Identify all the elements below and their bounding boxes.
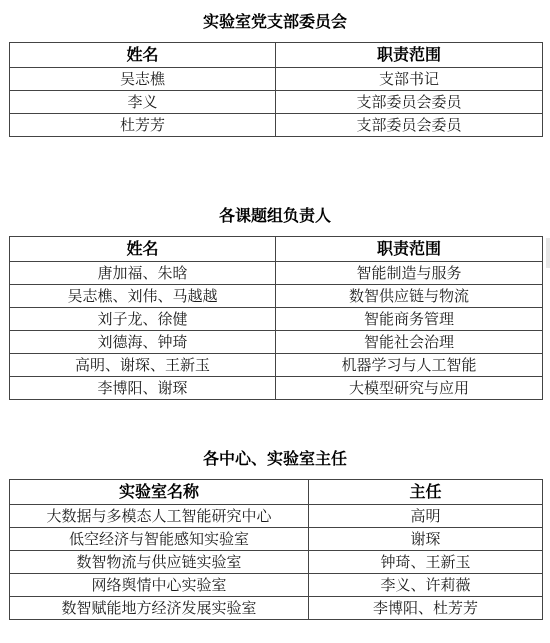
table-row: 吴志樵、刘伟、马越越 数智供应链与物流 — [10, 285, 543, 308]
header-name: 姓名 — [10, 237, 276, 262]
table-row: 唐加福、朱晗 智能制造与服务 — [10, 262, 543, 285]
cell-director: 钟琦、王新玉 — [309, 551, 543, 574]
cell-name: 李博阳、谢琛 — [10, 377, 276, 400]
table-row: 低空经济与智能感知实验室 谢琛 — [10, 528, 543, 551]
table-row: 李义 支部委员会委员 — [10, 91, 543, 114]
lab-directors-table: 实验室名称 主任 大数据与多模态人工智能研究中心 高明 低空经济与智能感知实验室… — [9, 479, 543, 620]
header-lab-name: 实验室名称 — [10, 480, 309, 505]
table-row: 高明、谢琛、王新玉 机器学习与人工智能 — [10, 354, 543, 377]
cell-name: 刘德海、钟琦 — [10, 331, 276, 354]
group-leaders-title: 各课题组负责人 — [0, 206, 550, 226]
party-committee-table: 姓名 职责范围 吴志樵 支部书记 李义 支部委员会委员 杜芳芳 支部委员会委员 — [9, 42, 543, 137]
cell-lab-name: 网络舆情中心实验室 — [10, 574, 309, 597]
cell-duty: 智能制造与服务 — [276, 262, 543, 285]
header-duty: 职责范围 — [276, 237, 543, 262]
cell-director: 李义、许莉薇 — [309, 574, 543, 597]
lab-directors-title: 各中心、实验室主任 — [0, 449, 550, 469]
table-header-row: 姓名 职责范围 — [10, 237, 543, 262]
table-row: 网络舆情中心实验室 李义、许莉薇 — [10, 574, 543, 597]
cell-duty: 大模型研究与应用 — [276, 377, 543, 400]
cell-name: 杜芳芳 — [10, 114, 276, 137]
party-committee-title: 实验室党支部委员会 — [0, 12, 550, 32]
cell-name: 高明、谢琛、王新玉 — [10, 354, 276, 377]
cell-lab-name: 低空经济与智能感知实验室 — [10, 528, 309, 551]
table-row: 李博阳、谢琛 大模型研究与应用 — [10, 377, 543, 400]
table-header-row: 姓名 职责范围 — [10, 43, 543, 68]
table-row: 数智物流与供应链实验室 钟琦、王新玉 — [10, 551, 543, 574]
cell-duty: 数智供应链与物流 — [276, 285, 543, 308]
table-header-row: 实验室名称 主任 — [10, 480, 543, 505]
cell-name: 唐加福、朱晗 — [10, 262, 276, 285]
group-leaders-table: 姓名 职责范围 唐加福、朱晗 智能制造与服务 吴志樵、刘伟、马越越 数智供应链与… — [9, 236, 543, 400]
cell-duty: 智能社会治理 — [276, 331, 543, 354]
cell-director: 李博阳、杜芳芳 — [309, 597, 543, 620]
table-row: 大数据与多模态人工智能研究中心 高明 — [10, 505, 543, 528]
cell-name: 刘子龙、徐健 — [10, 308, 276, 331]
header-duty: 职责范围 — [276, 43, 543, 68]
cell-name: 吴志樵 — [10, 68, 276, 91]
table-row: 刘德海、钟琦 智能社会治理 — [10, 331, 543, 354]
cell-lab-name: 数智赋能地方经济发展实验室 — [10, 597, 309, 620]
table-row: 刘子龙、徐健 智能商务管理 — [10, 308, 543, 331]
scrollbar-fragment — [546, 238, 550, 268]
cell-duty: 智能商务管理 — [276, 308, 543, 331]
table-row: 数智赋能地方经济发展实验室 李博阳、杜芳芳 — [10, 597, 543, 620]
cell-duty: 支部委员会委员 — [276, 114, 543, 137]
cell-lab-name: 数智物流与供应链实验室 — [10, 551, 309, 574]
cell-duty: 支部书记 — [276, 68, 543, 91]
cell-duty: 机器学习与人工智能 — [276, 354, 543, 377]
table-row: 吴志樵 支部书记 — [10, 68, 543, 91]
cell-director: 高明 — [309, 505, 543, 528]
cell-director: 谢琛 — [309, 528, 543, 551]
cell-name: 吴志樵、刘伟、马越越 — [10, 285, 276, 308]
cell-name: 李义 — [10, 91, 276, 114]
header-director: 主任 — [309, 480, 543, 505]
table-row: 杜芳芳 支部委员会委员 — [10, 114, 543, 137]
header-name: 姓名 — [10, 43, 276, 68]
cell-lab-name: 大数据与多模态人工智能研究中心 — [10, 505, 309, 528]
cell-duty: 支部委员会委员 — [276, 91, 543, 114]
